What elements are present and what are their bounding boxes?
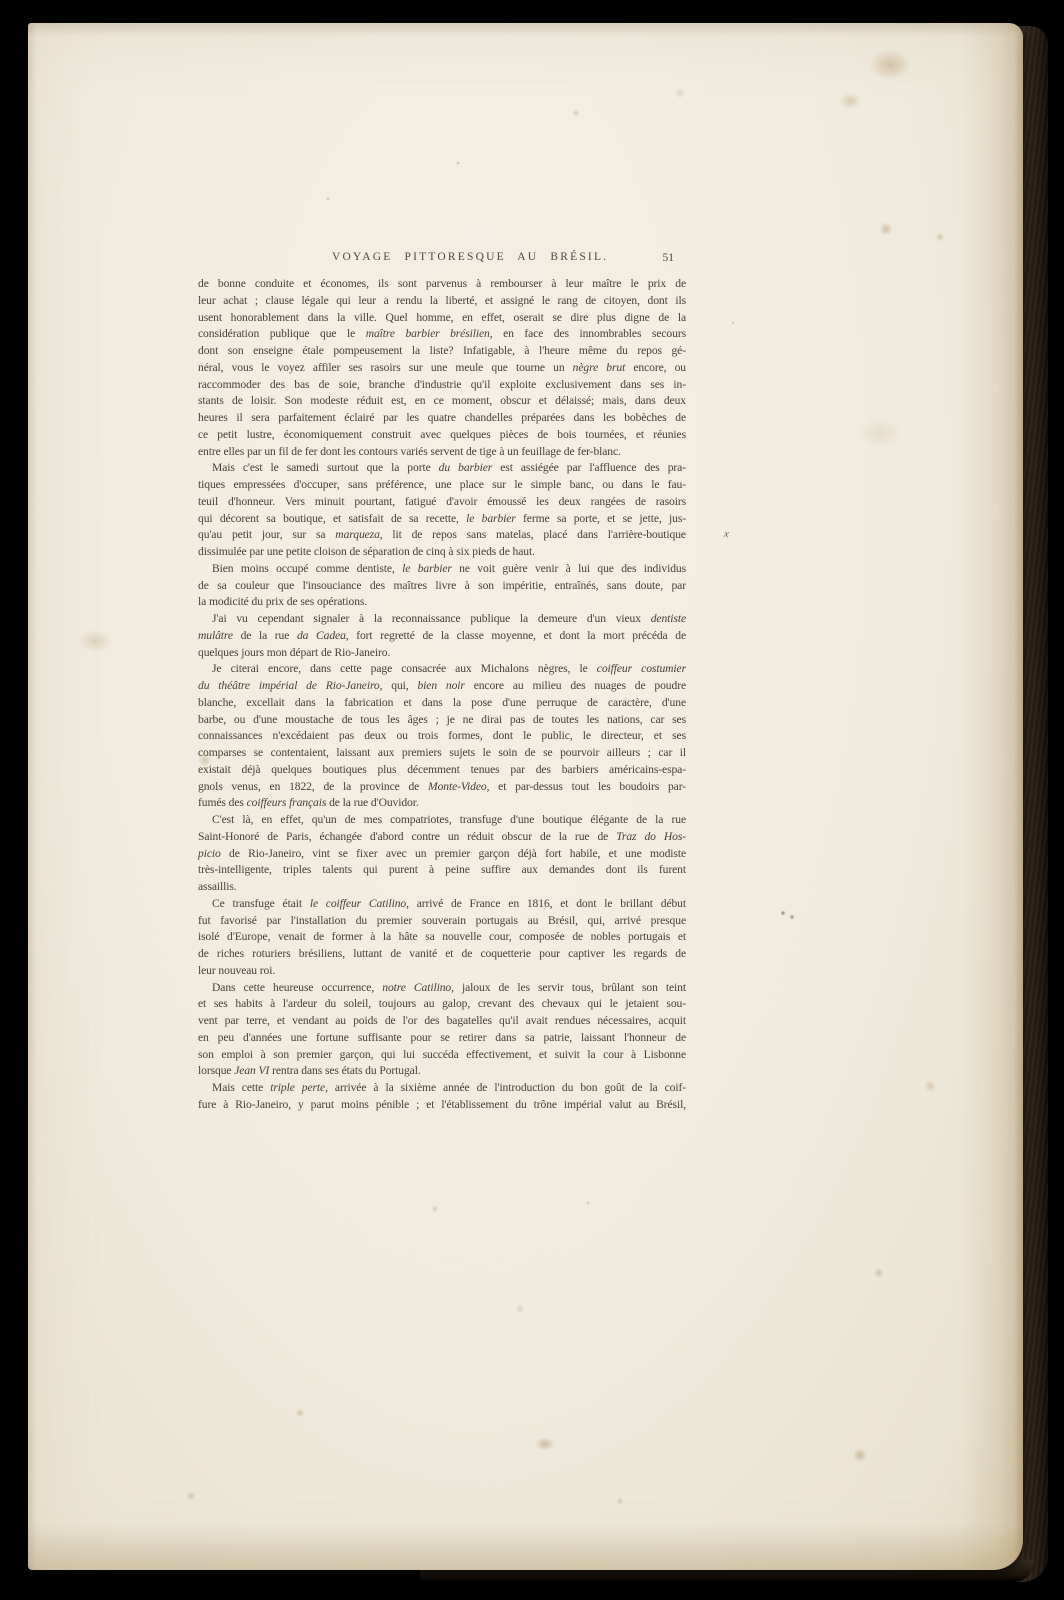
running-title: VOYAGE PITTORESQUE AU BRÉSIL.: [332, 251, 608, 263]
text-line: de sa couleur que l'insouciance des maît…: [198, 578, 686, 595]
pencil-margin-mark: x: [723, 528, 730, 541]
text-line: barbe, ou d'une moustache de tous les âg…: [198, 712, 686, 729]
text-line: existait déjà quelques boutiques plus dé…: [198, 762, 686, 779]
text-line: teuil d'honneur. Vers minuit pourtant, f…: [198, 494, 686, 511]
text-line: blanche, excellait dans la fabrication e…: [198, 695, 686, 712]
page-body: de bonne conduite et économes, ils sont …: [198, 276, 686, 1114]
text-line: entre elles par un fil de fer dont les c…: [198, 444, 686, 461]
text-line: quelques jours mon départ de Rio-Janeiro…: [198, 645, 686, 662]
text-line: de bonne conduite et économes, ils sont …: [198, 276, 686, 293]
text-line: de riches roturiers brésiliens, luttant …: [198, 946, 686, 963]
text-line: connaissances n'excédaient pas deux ou t…: [198, 728, 686, 745]
text-line: Je citerai encore, dans cette page consa…: [198, 661, 686, 678]
text-line: fumés des coiffeurs français de la rue d…: [198, 795, 686, 812]
text-line: raccommoder des bas de soie, branche d'i…: [198, 377, 686, 394]
page-header: VOYAGE PITTORESQUE AU BRÉSIL. 51: [198, 251, 686, 267]
text-line: du théâtre impérial de Rio-Janeiro, qui,…: [198, 678, 686, 695]
text-line: isolé d'Europe, venait de former à la hâ…: [198, 929, 686, 946]
text-line: vent par terre, et vendant au poids de l…: [198, 1013, 686, 1030]
text-line: qu'au petit jour, sur sa marqueza, lit d…: [198, 527, 686, 544]
text-line: stants de loisir. Son modeste réduit est…: [198, 393, 686, 410]
text-line: C'est là, en effet, qu'un de mes compatr…: [198, 812, 686, 829]
text-line: comparses se contentaient, laissant aux …: [198, 745, 686, 762]
text-line: Dans cette heureuse occurrence, notre Ca…: [198, 980, 686, 997]
text-line: Mais c'est le samedi surtout que la port…: [198, 460, 686, 477]
text-line: considération publique que le maître bar…: [198, 326, 686, 343]
printed-text-block: VOYAGE PITTORESQUE AU BRÉSIL. 51 de bonn…: [198, 251, 686, 1114]
page-number: 51: [663, 252, 675, 264]
text-line: ce petit lustre, économiquement construi…: [198, 427, 686, 444]
text-line: heures il sera parfaitement éclairé par …: [198, 410, 686, 427]
text-line: la modicité du prix de ses opérations.: [198, 594, 686, 611]
text-line: J'ai vu cependant signaler à la reconnai…: [198, 611, 686, 628]
text-line: en peu d'années une fortune suffisante p…: [198, 1030, 686, 1047]
book-page: VOYAGE PITTORESQUE AU BRÉSIL. 51 de bonn…: [28, 23, 1023, 1570]
text-line: dont son enseigne étale pompeusement la …: [198, 343, 686, 360]
text-line: mulâtre de la rue da Cadea, fort regrett…: [198, 628, 686, 645]
text-line: fure à Rio-Janeiro, y parut moins pénibl…: [198, 1097, 686, 1114]
text-line: très-intelligente, triples talents qui p…: [198, 862, 686, 879]
text-line: et ses habits à l'ardeur du soleil, touj…: [198, 996, 686, 1013]
text-line: néral, vous le voyez affiler ses rasoirs…: [198, 360, 686, 377]
text-line: fut favorisé par l'installation du premi…: [198, 913, 686, 930]
text-line: gnols venus, en 1822, de la province de …: [198, 779, 686, 796]
text-line: lorsque Jean VI rentra dans ses états du…: [198, 1063, 686, 1080]
text-line: qui décorent sa boutique, et satisfait d…: [198, 511, 686, 528]
text-line: leur achat ; clause légale qui leur a re…: [198, 293, 686, 310]
text-line: dissimulée par une petite cloison de sép…: [198, 544, 686, 561]
text-line: Bien moins occupé comme dentiste, le bar…: [198, 561, 686, 578]
text-line: leur nouveau roi.: [198, 963, 686, 980]
text-line: tiques empressées d'occuper, sans préfér…: [198, 477, 686, 494]
text-line: Ce transfuge était le coiffeur Catilino,…: [198, 896, 686, 913]
text-line: assaillis.: [198, 879, 686, 896]
text-line: Mais cette triple perte, arrivée à la si…: [198, 1080, 686, 1097]
text-line: picio de Rio-Janeiro, vint se fixer avec…: [198, 846, 686, 863]
text-line: son emploi à son premier garçon, qui lui…: [198, 1047, 686, 1064]
scan-background: VOYAGE PITTORESQUE AU BRÉSIL. 51 de bonn…: [0, 0, 1064, 1600]
text-line: usent honorablement dans la ville. Quel …: [198, 310, 686, 327]
text-line: Saint-Honoré de Paris, échangée d'abord …: [198, 829, 686, 846]
